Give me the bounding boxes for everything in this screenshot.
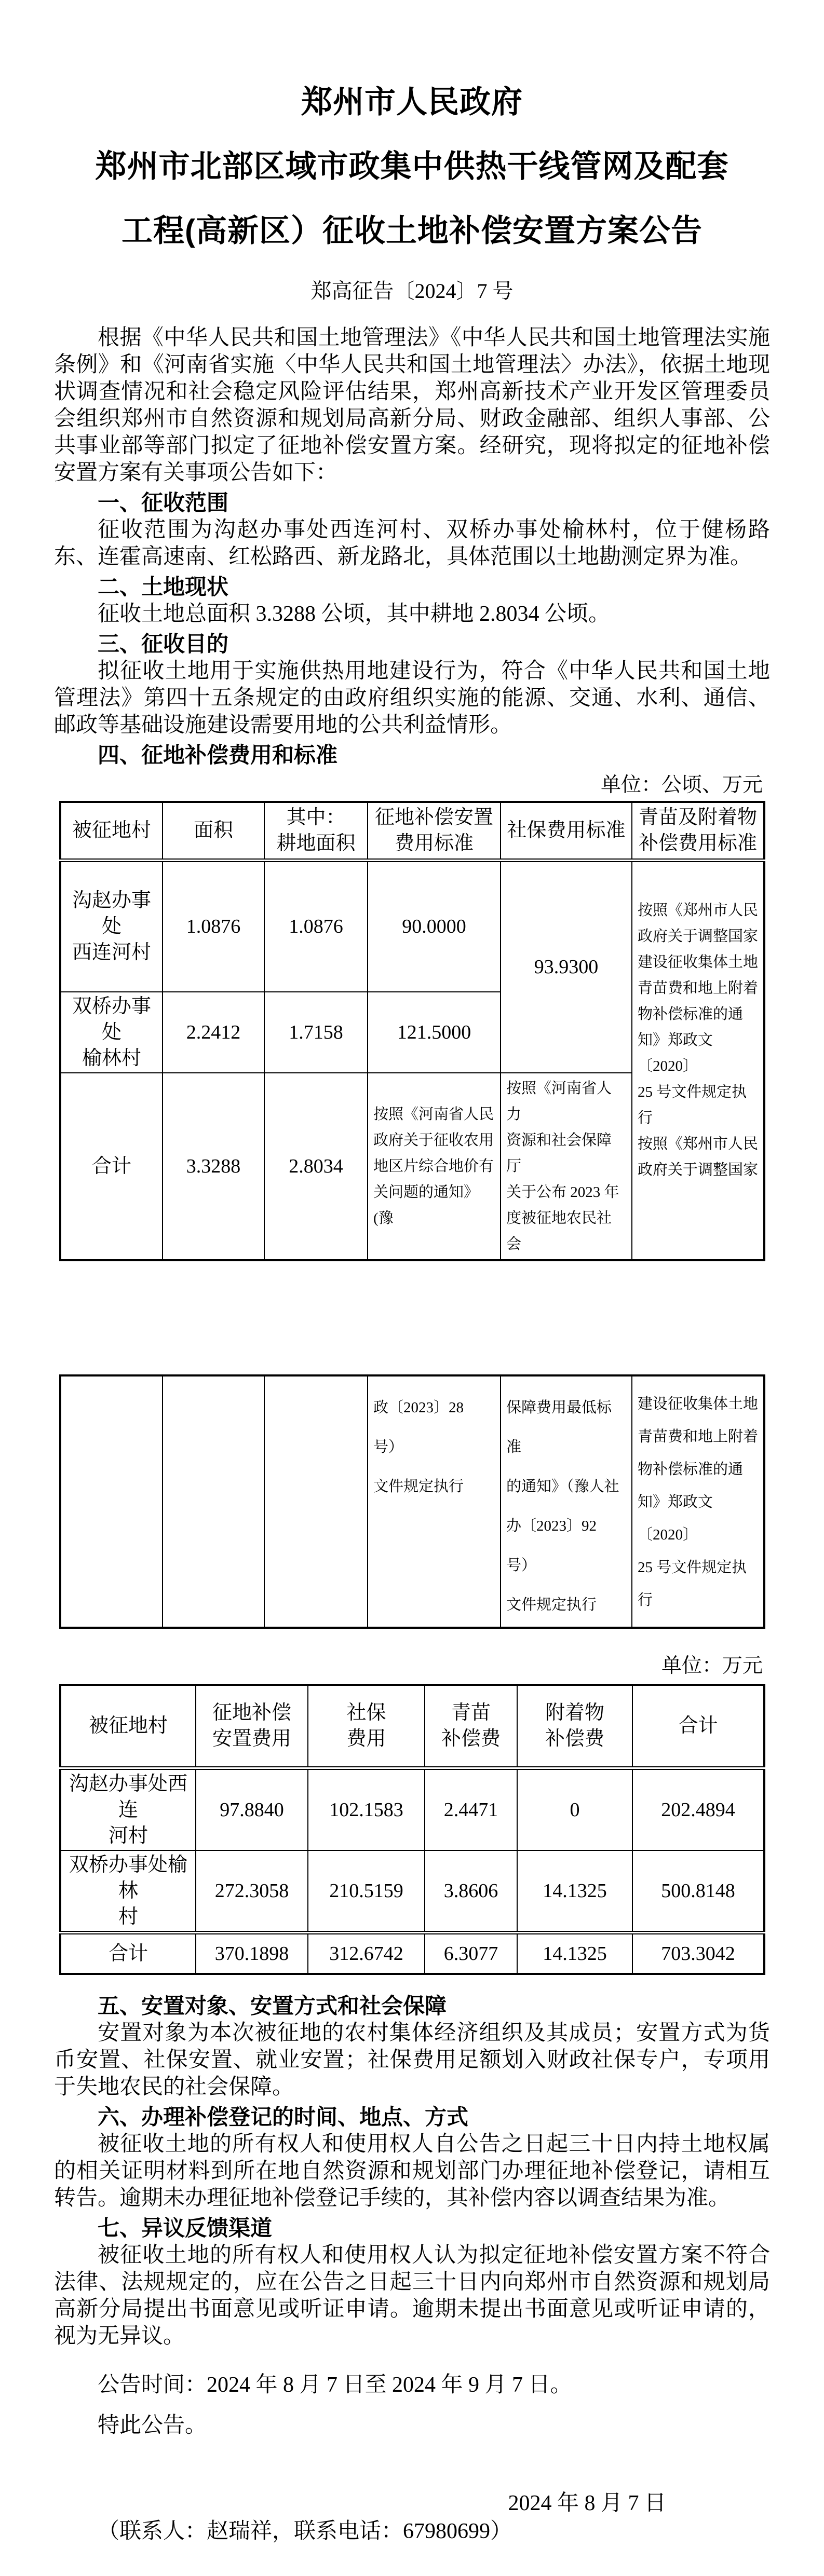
compensation-policy-note-continued: 政〔2023〕28 号） 文件规定执行: [373, 1388, 495, 1506]
seedling-std-merged-cell: 按照《郑州市人民 政府关于调整国家 建设征收集体土地 青苗费和地上附着 物补偿标…: [632, 860, 764, 1260]
section5-heading: 五、安置对象、安置方式和社会保障: [54, 1993, 770, 2020]
social-policy-note-continued: 保障费用最低标准 的通知》（豫人社 办〔2023〕92 号） 文件规定执行: [506, 1388, 626, 1625]
empty-cell: [60, 1375, 163, 1628]
social-std-merged-cell: 93.9300: [501, 860, 632, 1073]
compensation-policy-note: 按照《河南省人民 政府关于征收农用 地区片综合地价有 关问题的通知》(豫: [373, 1101, 495, 1231]
table2-total-row: 合计 370.1898 312.6742 6.3077 14.1325 703.…: [60, 1932, 764, 1974]
compensation-policy-note-continued-cell: 政〔2023〕28 号） 文件规定执行: [368, 1375, 501, 1628]
section3-heading: 三、征收目的: [54, 631, 770, 658]
table2-header-seedling: 青苗 补偿费: [425, 1685, 517, 1768]
village-name-cell: 沟赵办事处 西连河村: [60, 860, 163, 992]
table2-row-yulin: 双桥办事处榆林 村 272.3058 210.5159 3.8606 14.13…: [60, 1850, 764, 1933]
grand-total-cell: 703.3042: [632, 1932, 764, 1974]
table1-header-social-std: 社保费用标准: [501, 802, 632, 860]
closing-line: 特此公告。: [54, 2412, 770, 2439]
area-cell: 2.2412: [163, 992, 264, 1073]
table2-header-social: 社保 费用: [308, 1685, 425, 1768]
section1-heading: 一、征收范围: [54, 489, 770, 516]
table1-header-area: 面积: [163, 802, 264, 860]
attachment-cell: 0: [517, 1768, 632, 1850]
total-compensation-cell: 370.1898: [196, 1932, 308, 1974]
compensation-policy-note-cell: 按照《河南省人民 政府关于征收农用 地区片综合地价有 关问题的通知》(豫: [368, 1073, 501, 1260]
table1-unit-label: 单位：公顷、万元: [54, 773, 770, 798]
contact-info: （联系人：赵瑞祥，联系电话：67980699）: [54, 2518, 770, 2545]
table2-row-xilianhe: 沟赵办事处西连 河村 97.8840 102.1583 2.4471 0 202…: [60, 1768, 764, 1850]
project-title-line2: 工程(高新区）征收土地补偿安置方案公告: [54, 199, 770, 263]
social-policy-note-continued-cell: 保障费用最低标准 的通知》（豫人社 办〔2023〕92 号） 文件规定执行: [501, 1375, 632, 1628]
social-cell: 210.5159: [308, 1850, 425, 1933]
total-social-cell: 312.6742: [308, 1932, 425, 1974]
compensation-standard-table-continued: 政〔2023〕28 号） 文件规定执行 保障费用最低标准 的通知》（豫人社 办〔…: [59, 1374, 765, 1629]
document-header: 郑州市人民政府 郑州市北部区域市政集中供热干线管网及配套 工程(高新区）征收土地…: [54, 70, 770, 305]
compensation-cell: 97.8840: [196, 1768, 308, 1850]
total-label-cell: 合计: [60, 1932, 196, 1974]
section6-heading: 六、办理补偿登记的时间、地点、方式: [54, 2104, 770, 2131]
social-policy-note-cell: 按照《河南省人力 资源和社会保障厅 关于公布 2023 年 度被征地农民社会: [501, 1073, 632, 1260]
table2-header-compensation: 征地补偿 安置费用: [196, 1685, 308, 1768]
compensation-cell: 272.3058: [196, 1850, 308, 1933]
cultivated-area-cell: 1.0876: [264, 860, 368, 992]
document-page: 郑州市人民政府 郑州市北部区域市政集中供热干线管网及配套 工程(高新区）征收土地…: [0, 0, 824, 2576]
seedling-cell: 3.8606: [425, 1850, 517, 1933]
table1-row-xilianhe: 沟赵办事处 西连河村 1.0876 1.0876 90.0000 93.9300…: [60, 860, 764, 992]
section7-heading: 七、异议反馈渠道: [54, 2215, 770, 2242]
social-cell: 102.1583: [308, 1768, 425, 1850]
notice-period-line: 公告时间：2024 年 8 月 7 日至 2024 年 9 月 7 日。: [54, 2371, 770, 2398]
table1-continued-row: 政〔2023〕28 号） 文件规定执行 保障费用最低标准 的通知》（豫人社 办〔…: [60, 1375, 764, 1628]
seedling-std-text-part1: 按照《郑州市人民 政府关于调整国家 建设征收集体土地 青苗费和地上附着 物补偿标…: [638, 897, 758, 1131]
section1-paragraph: 征收范围为沟赵办事处西连河村、双桥办事处榆林村，位于健杨路东、连霍高速南、红松路…: [54, 516, 770, 570]
section3-paragraph: 拟征收土地用于实施供热用地建设行为，符合《中华人民共和国土地管理法》第四十五条规…: [54, 658, 770, 739]
table1-header-cultivated: 其中： 耕地面积: [264, 802, 368, 860]
total-cultivated-cell: 2.8034: [264, 1073, 368, 1260]
section5-paragraph: 安置对象为本次被征地的农村集体经济组织及其成员；安置方式为货币安置、社保安置、就…: [54, 2020, 770, 2101]
seedling-std-text-block: 按照《郑州市人民 政府关于调整国家 建设征收集体土地 青苗费和地上附着 物补偿标…: [638, 864, 758, 1171]
village-name-cell: 沟赵办事处西连 河村: [60, 1768, 196, 1850]
table1-header-compensation-std: 征地补偿安置 费用标准: [368, 802, 501, 860]
total-seedling-cell: 6.3077: [425, 1932, 517, 1974]
attachment-cell: 14.1325: [517, 1850, 632, 1933]
intro-paragraph: 根据《中华人民共和国土地管理法》《中华人民共和国土地管理法实施条例》和《河南省实…: [54, 324, 770, 486]
section2-paragraph: 征收土地总面积 3.3288 公顷，其中耕地 2.8034 公顷。: [54, 601, 770, 628]
compensation-standard-table: 被征地村 面积 其中： 耕地面积 征地补偿安置 费用标准 社保费用标准 青苗及附…: [59, 801, 765, 1261]
table2-header-village: 被征地村: [60, 1685, 196, 1768]
seedling-cell: 2.4471: [425, 1768, 517, 1850]
seedling-policy-note-continued: 建设征收集体土地 青苗费和地上附着 物补偿标准的通 知》郑政文〔2020〕 25…: [638, 1388, 758, 1617]
section4-heading: 四、征地补偿费用和标准: [54, 742, 770, 769]
social-policy-note: 按照《河南省人力 资源和社会保障厅 关于公布 2023 年 度被征地农民社会: [506, 1075, 626, 1257]
empty-cell: [264, 1375, 368, 1628]
project-title-line1: 郑州市北部区域市政集中供热干线管网及配套: [54, 134, 770, 199]
total-label-cell: 合计: [60, 1073, 163, 1260]
cultivated-area-cell: 1.7158: [264, 992, 368, 1073]
empty-cell: [163, 1375, 264, 1628]
compensation-std-cell: 121.5000: [368, 992, 501, 1073]
compensation-amount-table: 被征地村 征地补偿 安置费用 社保 费用 青苗 补偿费 附着物 补偿费 合计 沟…: [59, 1684, 765, 1975]
area-cell: 1.0876: [163, 860, 264, 992]
section7-paragraph: 被征收土地的所有权人和使用权人认为拟定征地补偿安置方案不符合法律、法规规定的，应…: [54, 2242, 770, 2350]
table1-header-village: 被征地村: [60, 802, 163, 860]
seedling-std-text-part2: 按照《郑州市人民 政府关于调整国家: [638, 1131, 758, 1183]
document-number: 郑高征告〔2024〕7 号: [54, 278, 770, 305]
table2-unit-label: 单位：万元: [54, 1654, 770, 1679]
total-attachment-cell: 14.1325: [517, 1932, 632, 1974]
village-name-cell: 双桥办事处 榆林村: [60, 992, 163, 1073]
issue-date: 2024 年 8 月 7 日: [54, 2490, 770, 2517]
row-total-cell: 500.8148: [632, 1850, 764, 1933]
row-total-cell: 202.4894: [632, 1768, 764, 1850]
table2-header-total: 合计: [632, 1685, 764, 1768]
gov-title: 郑州市人民政府: [54, 70, 770, 134]
seedling-policy-note-continued-cell: 建设征收集体土地 青苗费和地上附着 物补偿标准的通 知》郑政文〔2020〕 25…: [632, 1375, 764, 1628]
table2-header-attachment: 附着物 补偿费: [517, 1685, 632, 1768]
village-name-cell: 双桥办事处榆林 村: [60, 1850, 196, 1933]
compensation-std-cell: 90.0000: [368, 860, 501, 992]
table2-header-row: 被征地村 征地补偿 安置费用 社保 费用 青苗 补偿费 附着物 补偿费 合计: [60, 1685, 764, 1768]
section6-paragraph: 被征收土地的所有权人和使用权人自公告之日起三十日内持土地权属的相关证明材料到所在…: [54, 2131, 770, 2212]
total-area-cell: 3.3288: [163, 1073, 264, 1260]
section2-heading: 二、土地现状: [54, 574, 770, 601]
table1-header-seedling-std: 青苗及附着物 补偿费用标准: [632, 802, 764, 860]
table1-header-row: 被征地村 面积 其中： 耕地面积 征地补偿安置 费用标准 社保费用标准 青苗及附…: [60, 802, 764, 860]
